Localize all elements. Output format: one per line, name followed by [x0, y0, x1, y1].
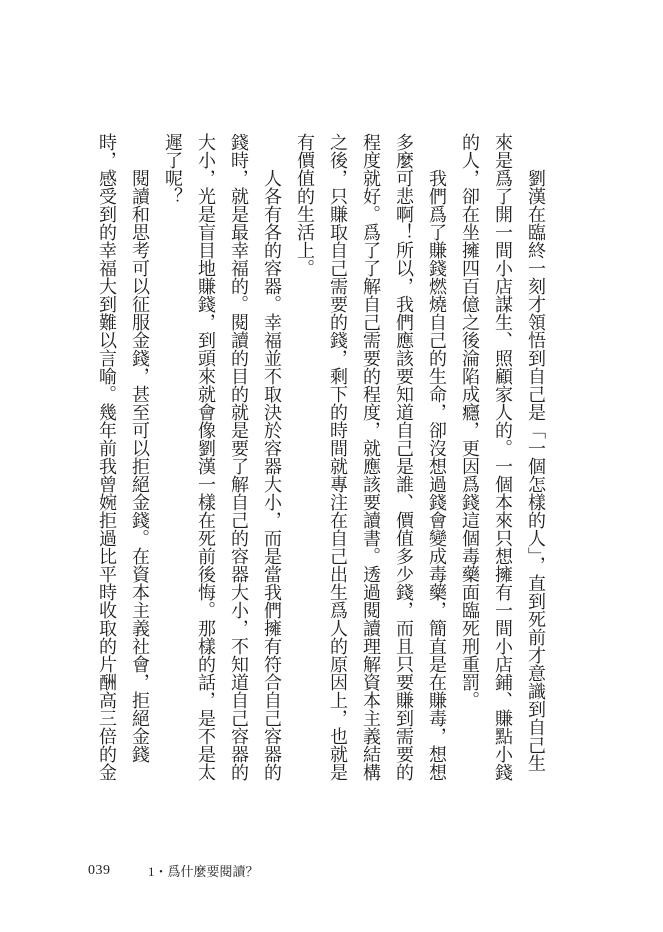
- text-column-1: 劉漢在臨終一刻才領悟到自己是「一個怎樣的人」，直到死前才意識到自己生: [519, 133, 552, 798]
- text-column-4: 我們爲了賺錢燃燒自己的生命，卻沒想過錢會變成毒藥，簡直是在賺毒，想想: [420, 133, 453, 798]
- book-page: 劉漢在臨終一刻才領悟到自己是「一個怎樣的人」，直到死前才意識到自己生 來是爲了開…: [0, 0, 663, 932]
- text-column-13: 閱讀和思考可以征服金錢，甚至可以拒絕金錢。在資本主義社會，拒絕金錢: [123, 133, 156, 798]
- text-column-6: 程度就好。爲了了解自己需要的程度，就應該要讀書。透過閱讀理解資本主義結構: [354, 133, 387, 798]
- text-column-5: 多麼可悲啊！所以，我們應該要知道自己是誰、價值多少錢，而且只要賺到需要的: [387, 133, 420, 798]
- page-number: 039: [88, 864, 111, 878]
- body-text: 劉漢在臨終一刻才領悟到自己是「一個怎樣的人」，直到死前才意識到自己生 來是爲了開…: [90, 133, 552, 798]
- text-column-11: 大小，光是盲目地賺錢，到頭來就會像劉漢一樣在死前後悔。那樣的話，是不是太: [189, 133, 222, 798]
- chapter-title: 1・爲什麼要閱讀？: [148, 865, 259, 878]
- page-footer: 039 1・爲什麼要閱讀？: [0, 864, 663, 884]
- text-column-2: 來是爲了開一間小店謀生、照顧家人的。一個本來只想擁有一間小店鋪、賺點小錢: [486, 133, 519, 798]
- text-column-9: 人各有各的容器。幸福並不取決於容器大小，而是當我們擁有符合自己容器的: [255, 133, 288, 798]
- text-column-7: 之後，只賺取自己需要的錢，剩下的時間就專注在自己出生爲人的原因上，也就是: [321, 133, 354, 798]
- text-column-3: 的人，卻在坐擁四百億之後淪陷成癮，更因爲錢這個毒藥面臨死刑重罰。: [453, 133, 486, 798]
- text-column-14: 時，感受到的幸福大到難以言喻。幾年前我曾婉拒過比平時收取的片酬高三倍的金: [90, 133, 123, 798]
- text-column-10: 錢時，就是最幸福的。閱讀的目的就是要了解自己的容器大小，不知道自己容器的: [222, 133, 255, 798]
- text-column-8: 有價值的生活上。: [288, 133, 321, 798]
- text-column-12: 遲了呢？: [156, 133, 189, 798]
